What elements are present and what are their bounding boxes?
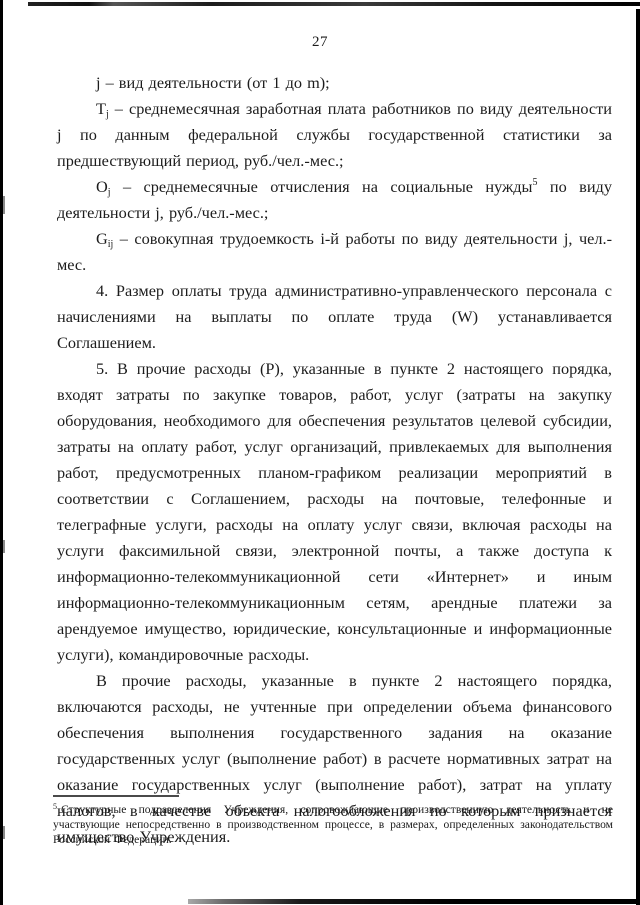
text-run: G: [96, 229, 108, 248]
scan-edge-left: [0, 0, 3, 905]
scan-artifact: [3, 826, 5, 839]
text-run: – совокупная трудоемкость i-й работы по …: [57, 229, 612, 274]
paragraph: Оj – среднемесячные отчисления на социал…: [57, 174, 612, 226]
paragraph: j – вид деятельности (от 1 до m);: [57, 70, 612, 96]
text-run: – среднемесячные отчисления на социальны…: [111, 177, 533, 196]
scan-artifact: [3, 540, 5, 553]
text-run: О: [96, 177, 108, 196]
paragraph: Gij – совокупная трудоемкость i-й работы…: [57, 226, 612, 278]
footnote-text: 5Структурные подразделения Учреждения, с…: [53, 802, 613, 847]
scan-artifact: [3, 196, 5, 214]
footnote-body: Структурные подразделения Учреждения, со…: [53, 803, 613, 846]
paragraph: Тj – среднемесячная заработная плата раб…: [57, 96, 612, 174]
scan-edge-right: [636, 9, 640, 905]
text-run: 4. Размер оплаты труда административно-у…: [57, 281, 612, 352]
footnote: 5Структурные подразделения Учреждения, с…: [53, 795, 613, 847]
paragraph: 4. Размер оплаты труда административно-у…: [57, 278, 612, 356]
document-body: j – вид деятельности (от 1 до m);Тj – ср…: [57, 70, 612, 850]
document-page: 27 j – вид деятельности (от 1 до m);Тj –…: [0, 0, 640, 905]
text-run: j – вид деятельности (от 1 до m);: [96, 73, 330, 92]
scan-edge-top: [28, 2, 640, 6]
footnote-separator: [53, 795, 179, 797]
text-run: Т: [96, 99, 106, 118]
paragraph: 5. В прочие расходы (Р), указанные в пун…: [57, 356, 612, 668]
page-number: 27: [0, 34, 640, 51]
footnote-marker: 5: [53, 802, 57, 811]
text-run: – среднемесячная заработная плата работн…: [57, 99, 612, 170]
text-run: 5. В прочие расходы (Р), указанные в пун…: [57, 359, 612, 664]
scan-edge-bottom: [188, 899, 637, 904]
